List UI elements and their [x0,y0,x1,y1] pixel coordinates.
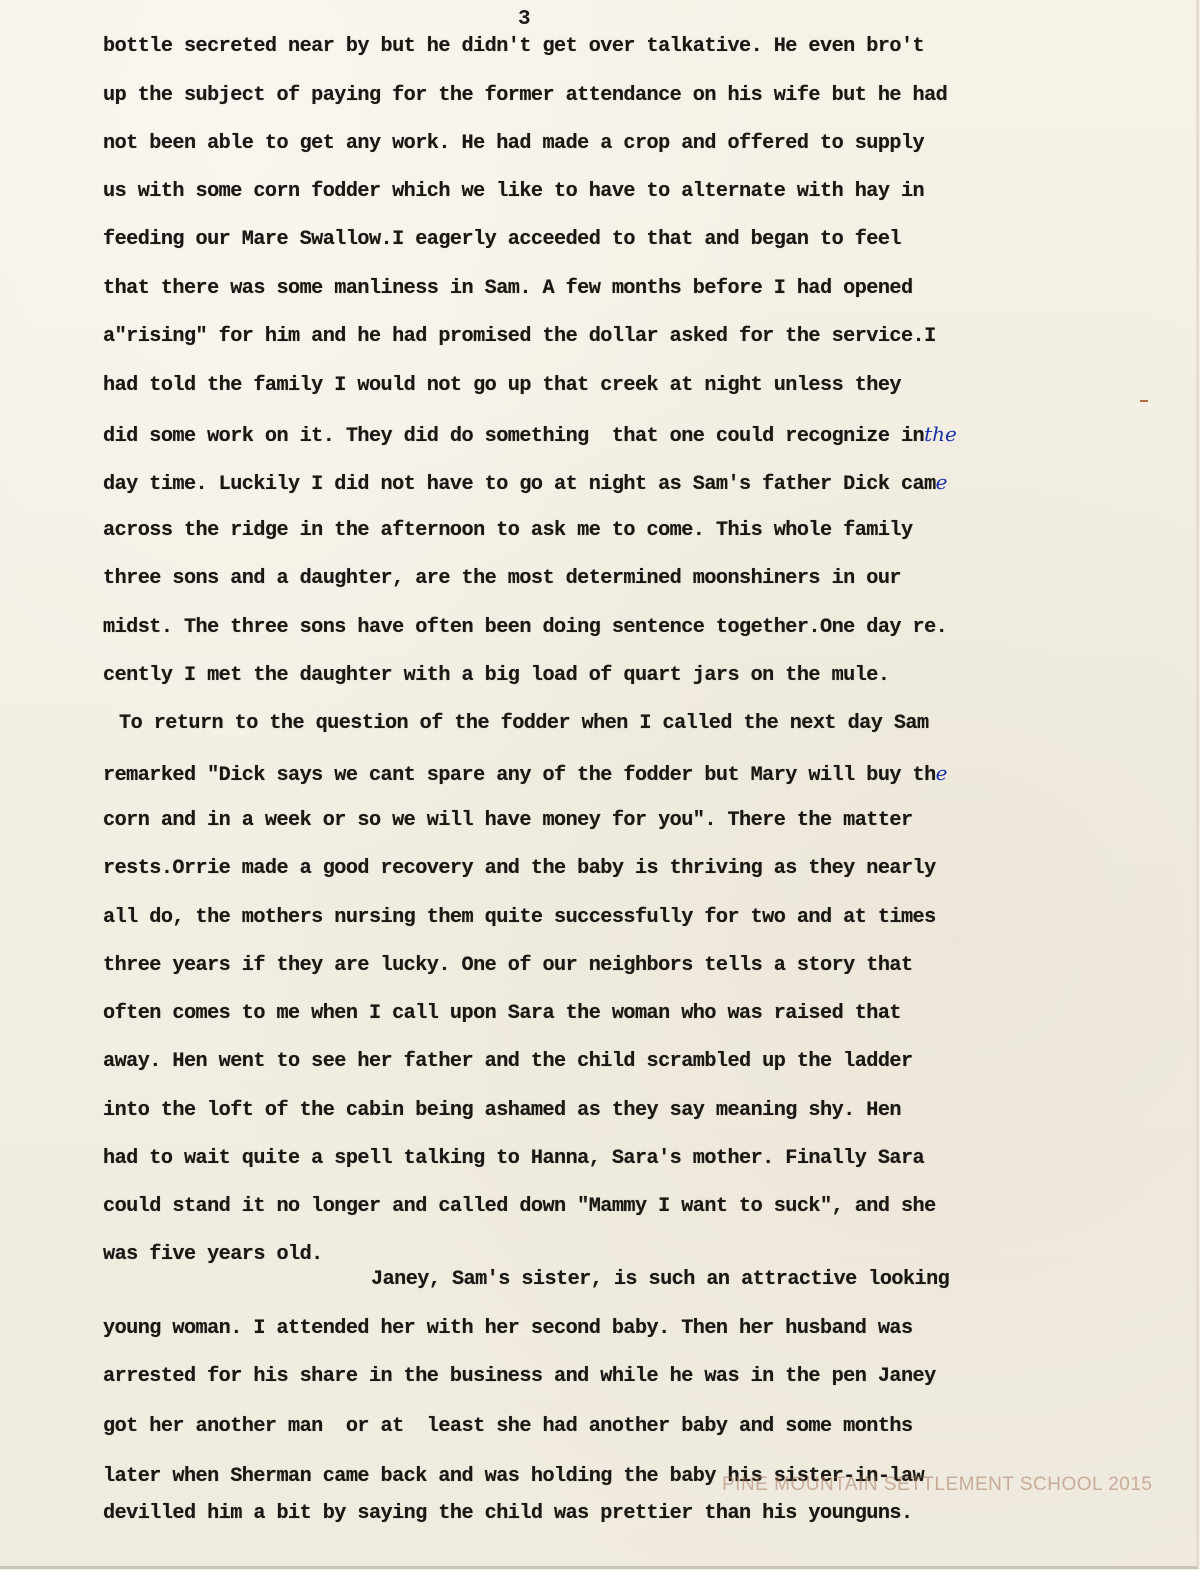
typed-text: that there was some manliness in Sam. A … [103,277,913,300]
text-line: had told the family I would not go up th… [103,371,901,401]
text-line: not been able to get any work. He had ma… [103,129,924,159]
typed-text: us with some corn fodder which we like t… [103,180,924,203]
typed-text: later when Sherman came back and was hol… [103,1465,924,1488]
page-number: 3 [518,8,531,31]
text-line: three years if they are lucky. One of ou… [103,951,913,981]
typed-text: could stand it no longer and called down… [103,1195,936,1218]
handwritten-correction: e [936,470,948,494]
text-line: away. Hen went to see her father and the… [103,1047,913,1077]
typed-text: across the ridge in the afternoon to ask… [103,519,913,542]
text-line: three sons and a daughter, are the most … [103,564,901,594]
typed-text: midst. The three sons have often been do… [103,616,947,639]
margin-mark [1140,400,1148,402]
text-line: was five years old. [103,1240,323,1270]
typed-text: was five years old. [103,1243,323,1266]
typed-text: arrested for his share in the business a… [103,1365,936,1388]
text-line: did some work on it. They did do somethi… [103,419,957,449]
typed-text: a"rising" for him and he had promised th… [103,325,936,348]
typed-text: corn and in a week or so we will have mo… [103,809,913,832]
text-line: us with some corn fodder which we like t… [103,177,924,207]
typed-text: into the loft of the cabin being ashamed… [103,1099,901,1122]
text-line: remarked "Dick says we cant spare any of… [103,758,948,788]
text-line: across the ridge in the afternoon to ask… [103,516,913,546]
typed-text: three sons and a daughter, are the most … [103,567,901,590]
typed-text: rests.Orrie made a good recovery and the… [103,857,936,880]
text-line: corn and in a week or so we will have mo… [103,806,913,836]
typed-text: three years if they are lucky. One of ou… [103,954,913,977]
typed-text: did some work on it. They did do somethi… [103,425,924,448]
typed-text: cently I met the daughter with a big loa… [103,664,889,687]
text-line: all do, the mothers nursing them quite s… [103,903,936,933]
typed-text: often comes to me when I call upon Sara … [103,1002,901,1025]
text-line: had to wait quite a spell talking to Han… [103,1144,924,1174]
text-line: bottle secreted near by but he didn't ge… [103,32,924,62]
typed-text: To return to the question of the fodder … [119,712,929,735]
text-line: up the subject of paying for the former … [103,81,947,111]
typed-text: not been able to get any work. He had ma… [103,132,924,155]
text-line: To return to the question of the fodder … [119,709,929,739]
typed-text: devilled him a bit by saying the child w… [103,1502,913,1525]
text-line: midst. The three sons have often been do… [103,613,947,643]
text-line: young woman. I attended her with her sec… [103,1314,913,1344]
text-line: into the loft of the cabin being ashamed… [103,1096,901,1126]
typed-text: all do, the mothers nursing them quite s… [103,906,936,929]
typed-text: got her another man or at least she had … [103,1415,913,1438]
text-line: that there was some manliness in Sam. A … [103,274,913,304]
typed-text: bottle secreted near by but he didn't ge… [103,35,924,58]
typed-text: up the subject of paying for the former … [103,84,947,107]
text-line: later when Sherman came back and was hol… [103,1462,924,1492]
text-line: cently I met the daughter with a big loa… [103,661,889,691]
handwritten-correction: the [924,422,957,446]
text-line: day time. Luckily I did not have to go a… [103,467,948,497]
text-line: got her another man or at least she had … [103,1412,913,1442]
typed-text: away. Hen went to see her father and the… [103,1050,913,1073]
typed-text: had told the family I would not go up th… [103,374,901,397]
typed-text: feeding our Mare Swallow.I eagerly accee… [103,228,901,251]
typewritten-page: 3 bottle secreted near by but he didn't … [0,0,1199,1569]
text-line: could stand it no longer and called down… [103,1192,936,1222]
text-line: feeding our Mare Swallow.I eagerly accee… [103,225,901,255]
typed-text: young woman. I attended her with her sec… [103,1317,913,1340]
typed-text: Janey, Sam's sister, is such an attracti… [371,1268,949,1291]
typed-text: had to wait quite a spell talking to Han… [103,1147,924,1170]
text-line: arrested for his share in the business a… [103,1362,936,1392]
text-line: rests.Orrie made a good recovery and the… [103,854,936,884]
typed-text: day time. Luckily I did not have to go a… [103,473,936,496]
text-line: a"rising" for him and he had promised th… [103,322,936,352]
text-line: often comes to me when I call upon Sara … [103,999,901,1029]
text-line: Janey, Sam's sister, is such an attracti… [371,1265,949,1295]
text-line: devilled him a bit by saying the child w… [103,1499,913,1529]
typed-text: remarked "Dick says we cant spare any of… [103,764,936,787]
handwritten-correction: e [936,761,948,785]
